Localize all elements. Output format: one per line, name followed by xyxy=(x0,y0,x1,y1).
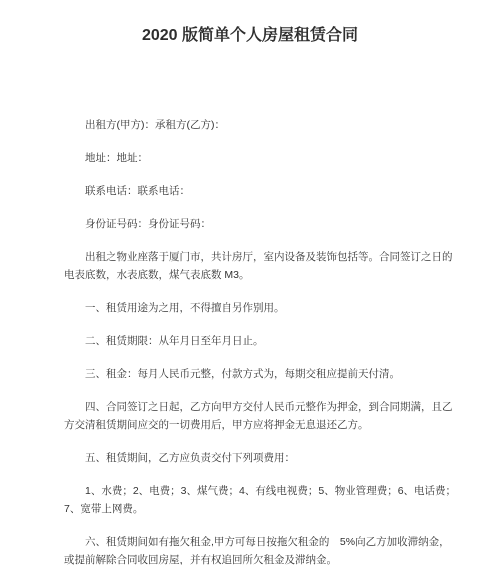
clause-4-deposit: 四、合同签订之日起，乙方向甲方交付人民币元整作为押金，到合同期满，且乙方交清租赁… xyxy=(64,398,460,434)
phone-line: 联系电话：联系电话： xyxy=(64,182,460,200)
contract-document-page: 2020 版简单个人房屋租赁合同 出租方(甲方)：承租方(乙方)： 地址：地址：… xyxy=(0,0,500,565)
clause-5-fees-intro: 五、租赁期间，乙方应负责交付下列项费用： xyxy=(64,449,460,467)
fee-list: 1、水费；2、电费；3、煤气费；4、有线电视费；5、物业管理费；6、电话费；7、… xyxy=(64,482,460,518)
document-title: 2020 版简单个人房屋租赁合同 xyxy=(0,26,500,46)
id-number-line: 身份证号码：身份证号码： xyxy=(64,215,460,233)
document-body: 出租方(甲方)：承租方(乙方)： 地址：地址： 联系电话：联系电话： 身份证号码… xyxy=(0,116,500,565)
party-line: 出租方(甲方)：承租方(乙方)： xyxy=(64,116,460,134)
clause-1-usage: 一、租赁用途为之用，不得擅自另作别用。 xyxy=(64,299,460,317)
property-description-paragraph: 出租之物业座落于厦门市，共计房厅，室内设备及装饰包括等。合同签订之日的电表底数，… xyxy=(64,248,460,284)
address-line: 地址：地址： xyxy=(64,149,460,167)
clause-2-lease-term: 二、租赁期限：从年月日至年月日止。 xyxy=(64,332,460,350)
clause-6-late-payment: 六、租赁期间如有拖欠租金,甲方可每日按拖欠租金的 5%向乙方加收滞纳金，或提前解… xyxy=(64,533,460,565)
clause-3-rent: 三、租金：每月人民币元整，付款方式为，每期交租应提前天付清。 xyxy=(64,365,460,383)
